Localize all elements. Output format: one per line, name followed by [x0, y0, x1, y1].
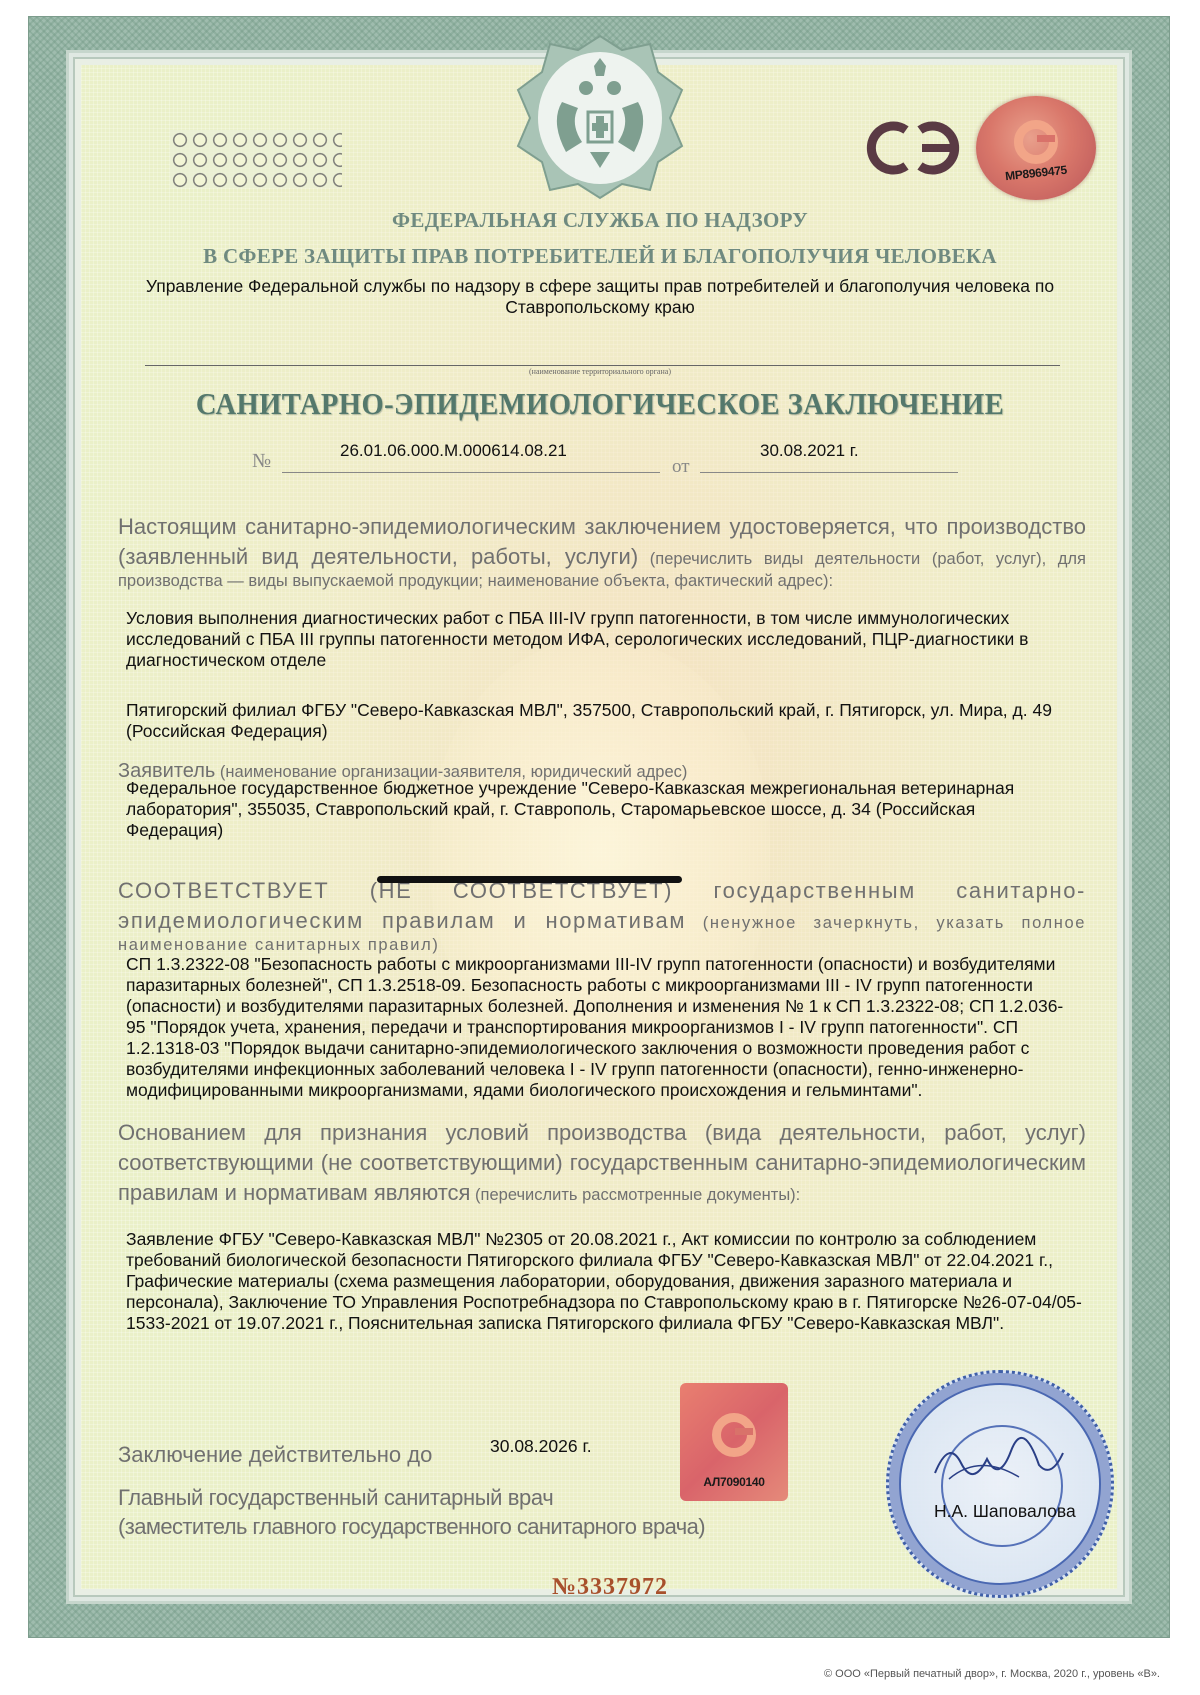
form-serial-number: №3337972 — [0, 1574, 1200, 1601]
number-underline — [282, 472, 660, 473]
object-address: Пятигорский филиал ФГБУ "Северо-Кавказск… — [126, 700, 1076, 742]
reviewed-documents: Заявление ФГБУ "Северо-Кавказская МВЛ" №… — [126, 1229, 1106, 1334]
department-name: Управление Федеральной службы по надзору… — [100, 276, 1100, 318]
signatory-name: Н.А. Шаповалова — [934, 1501, 1076, 1522]
hologram-glyph-icon — [712, 1413, 756, 1457]
se-mark-icon — [862, 118, 964, 178]
activity-description: Условия выполнения диагностических работ… — [126, 608, 1076, 671]
hologram-code: АЛ7090140 — [680, 1475, 788, 1489]
agency-name-line1: ФЕДЕРАЛЬНАЯ СЛУЖБА ПО НАДЗОРУ — [0, 208, 1200, 233]
valid-until-label: Заключение действительно до — [118, 1442, 432, 1468]
date-underline — [700, 472, 958, 473]
signature-icon — [929, 1433, 1069, 1493]
agency-name-line2: В СФЕРЕ ЗАЩИТЫ ПРАВ ПОТРЕБИТЕЛЕЙ И БЛАГО… — [0, 244, 1200, 269]
security-pattern — [170, 130, 342, 188]
doctor-title: Главный государственный санитарный врач — [118, 1485, 553, 1511]
document-number: 26.01.06.000.М.000614.08.21 — [340, 441, 567, 461]
official-seal — [886, 1370, 1114, 1598]
doctor-deputy-title: (заместитель главного государственного с… — [118, 1514, 705, 1540]
hologram-glyph-icon — [1014, 120, 1058, 164]
document-date: 30.08.2021 г. — [760, 441, 859, 461]
hologram-sticker-top: МР8969475 — [976, 96, 1096, 200]
document-title: САНИТАРНО-ЭПИДЕМИОЛОГИЧЕСКОЕ ЗАКЛЮЧЕНИЕ — [48, 386, 1152, 422]
valid-until-date: 30.08.2026 г. — [490, 1436, 592, 1457]
org-caption: (наименование территориального органа) — [0, 367, 1200, 376]
org-underline — [145, 365, 1060, 366]
coat-of-arms-icon — [510, 32, 690, 202]
hologram-sticker-bottom: АЛ7090140 — [680, 1383, 788, 1501]
basis-hint: (перечислить рассмотренные документы): — [470, 1186, 800, 1204]
sanitary-rules: СП 1.3.2322-08 "Безопасность работы с ми… — [126, 954, 1076, 1101]
conformity-paragraph: СООТВЕТСТВУЕТ (НЕ СООТВЕТСТВУЕТ) государ… — [118, 876, 1086, 955]
applicant-details: Федеральное государственное бюджетное уч… — [126, 778, 1076, 841]
basis-paragraph: Основанием для признания условий произво… — [118, 1118, 1086, 1208]
printer-credit: © ООО «Первый печатный двор», г. Москва,… — [824, 1668, 1160, 1680]
number-label: № — [252, 450, 271, 473]
intro-paragraph: Настоящим санитарно-эпидемиологическим з… — [118, 512, 1086, 591]
strikethrough-mark — [377, 876, 682, 883]
date-label: от — [672, 456, 690, 478]
